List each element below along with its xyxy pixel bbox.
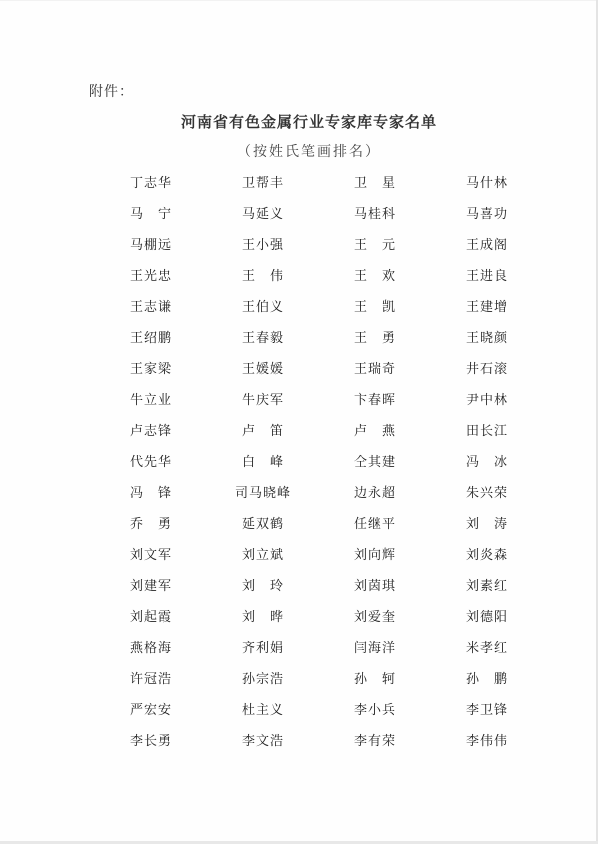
expert-name: 刘文军 (95, 545, 207, 576)
expert-name: 李伟伟 (431, 731, 543, 762)
expert-name: 马喜功 (431, 204, 543, 235)
expert-name: 马棚远 (95, 235, 207, 266)
expert-name: 仝其建 (319, 452, 431, 483)
expert-name: 王 伟 (207, 266, 319, 297)
expert-name: 王晓颜 (431, 328, 543, 359)
expert-name: 王志谦 (95, 297, 207, 328)
expert-name: 许冠浩 (95, 669, 207, 700)
expert-name: 马延义 (207, 204, 319, 235)
expert-name: 王成阁 (431, 235, 543, 266)
expert-name: 刘爱奎 (319, 607, 431, 638)
expert-name: 李小兵 (319, 700, 431, 731)
expert-name: 王家梁 (95, 359, 207, 390)
expert-name-list: 丁志华 卫帮丰 卫 星 马什林 马 宁 马延义 马桂科 马喜功 马棚远 王小强 … (95, 173, 543, 762)
expert-name: 王光忠 (95, 266, 207, 297)
expert-name: 王进良 (431, 266, 543, 297)
expert-name: 任继平 (319, 514, 431, 545)
expert-name: 刘素红 (431, 576, 543, 607)
expert-name: 代先华 (95, 452, 207, 483)
expert-name: 延双鹤 (207, 514, 319, 545)
expert-name: 牛庆军 (207, 390, 319, 421)
document-page: 附件： 河南省有色金属行业专家库专家名单 （按姓氏笔画排名） 丁志华 卫帮丰 卫… (0, 0, 596, 842)
expert-name: 李长勇 (95, 731, 207, 762)
expert-name: 王 勇 (319, 328, 431, 359)
expert-name: 牛立业 (95, 390, 207, 421)
expert-name: 刘起霞 (95, 607, 207, 638)
expert-name: 王 欢 (319, 266, 431, 297)
expert-name: 王小强 (207, 235, 319, 266)
expert-name: 王建增 (431, 297, 543, 328)
expert-name: 燕格海 (95, 638, 207, 669)
expert-name: 卞春晖 (319, 390, 431, 421)
expert-name: 刘 玲 (207, 576, 319, 607)
expert-name: 米孝红 (431, 638, 543, 669)
expert-name: 卫帮丰 (207, 173, 319, 204)
expert-name: 刘茵琪 (319, 576, 431, 607)
expert-name: 朱兴荣 (431, 483, 543, 514)
document-subtitle: （按姓氏笔画排名） (0, 141, 598, 161)
expert-name: 马什林 (431, 173, 543, 204)
attachment-label: 附件： (89, 81, 134, 101)
expert-name: 田长江 (431, 421, 543, 452)
expert-name: 王春毅 (207, 328, 319, 359)
expert-name: 司马晓峰 (207, 483, 319, 514)
expert-name: 孙 轲 (319, 669, 431, 700)
expert-name: 刘 晔 (207, 607, 319, 638)
expert-name: 尹中林 (431, 390, 543, 421)
expert-name: 刘向辉 (319, 545, 431, 576)
expert-name: 乔 勇 (95, 514, 207, 545)
expert-name: 李文浩 (207, 731, 319, 762)
expert-name: 严宏安 (95, 700, 207, 731)
expert-name: 王 凯 (319, 297, 431, 328)
expert-name: 王伯义 (207, 297, 319, 328)
expert-name: 刘德阳 (431, 607, 543, 638)
expert-name: 王绍鹏 (95, 328, 207, 359)
expert-name: 刘建军 (95, 576, 207, 607)
document-title: 河南省有色金属行业专家库专家名单 (0, 111, 598, 132)
expert-name: 白 峰 (207, 452, 319, 483)
expert-name: 闫海洋 (319, 638, 431, 669)
expert-name: 齐利娟 (207, 638, 319, 669)
expert-name: 杜主义 (207, 700, 319, 731)
expert-name: 王瑞奇 (319, 359, 431, 390)
expert-name: 孙 鹏 (431, 669, 543, 700)
expert-name: 李有荣 (319, 731, 431, 762)
expert-name: 冯 冰 (431, 452, 543, 483)
expert-name: 王媛媛 (207, 359, 319, 390)
expert-name: 丁志华 (95, 173, 207, 204)
expert-name: 边永超 (319, 483, 431, 514)
expert-name: 马 宁 (95, 204, 207, 235)
expert-name: 刘 涛 (431, 514, 543, 545)
expert-name: 卫 星 (319, 173, 431, 204)
expert-name: 卢 燕 (319, 421, 431, 452)
expert-name: 井石滚 (431, 359, 543, 390)
expert-name: 刘立斌 (207, 545, 319, 576)
expert-name: 李卫锋 (431, 700, 543, 731)
expert-name: 刘炎森 (431, 545, 543, 576)
expert-name: 马桂科 (319, 204, 431, 235)
expert-name: 卢 笛 (207, 421, 319, 452)
expert-name: 王 元 (319, 235, 431, 266)
expert-name: 卢志锋 (95, 421, 207, 452)
expert-name: 孙宗浩 (207, 669, 319, 700)
expert-name: 冯 锋 (95, 483, 207, 514)
